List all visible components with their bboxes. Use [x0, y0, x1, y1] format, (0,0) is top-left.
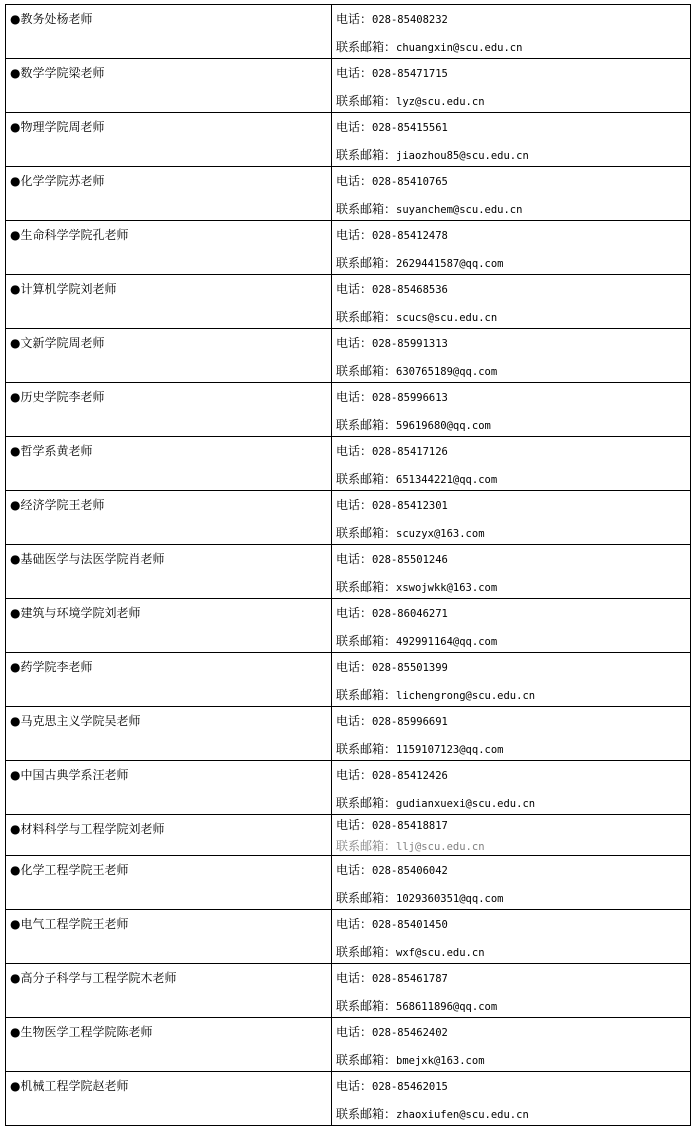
phone-number: 028-85461787 [372, 973, 448, 985]
email-address[interactable]: bmejxk@163.com [396, 1055, 485, 1067]
email-address[interactable]: suyanchem@scu.edu.cn [396, 204, 522, 216]
contact-name: 化学学院苏老师 [20, 174, 104, 188]
contact-name: 材料科学与工程学院刘老师 [20, 822, 164, 836]
bullet-icon: ● [10, 552, 20, 566]
contact-row: ●教务处杨老师 电话：028-85408232 联系邮箱：chuangxin@s… [6, 5, 691, 59]
contact-row: ●历史学院李老师 电话：028-85996613 联系邮箱：59619680@q… [6, 383, 691, 437]
email-line: 联系邮箱：2629441587@qq.com [332, 244, 690, 272]
phone-label: 电话： [336, 818, 372, 832]
department-contact-cell: ●中国古典学系汪老师 [6, 761, 332, 815]
contact-table-body: ●教务处杨老师 电话：028-85408232 联系邮箱：chuangxin@s… [6, 5, 691, 1126]
phone-label: 电话： [336, 606, 372, 620]
email-label: 联系邮箱： [336, 526, 396, 540]
phone-line: 电话：028-85996613 [332, 383, 690, 406]
department-contact-cell: ●药学院李老师 [6, 653, 332, 707]
bullet-icon: ● [10, 660, 20, 674]
phone-number: 028-85417126 [372, 446, 448, 458]
phone-line: 电话：028-85412301 [332, 491, 690, 514]
contact-info-cell: 电话：028-86046271 联系邮箱：492991164@qq.com [332, 599, 691, 653]
email-label: 联系邮箱： [336, 580, 396, 594]
contact-info-cell: 电话：028-85410765 联系邮箱：suyanchem@scu.edu.c… [332, 167, 691, 221]
department-contact-cell: ●高分子科学与工程学院木老师 [6, 964, 332, 1018]
contact-row: ●经济学院王老师 电话：028-85412301 联系邮箱：scuzyx@163… [6, 491, 691, 545]
contact-info-cell: 电话：028-85418817 联系邮箱：llj@scu.edu.cn [332, 815, 691, 856]
contact-info-cell: 电话：028-85468536 联系邮箱：scucs@scu.edu.cn [332, 275, 691, 329]
contact-info-cell: 电话：028-85462015 联系邮箱：zhaoxiufen@scu.edu.… [332, 1072, 691, 1126]
email-label: 联系邮箱： [336, 364, 396, 378]
contact-name: 数学学院梁老师 [20, 66, 104, 80]
phone-label: 电话： [336, 552, 372, 566]
contact-info-cell: 电话：028-85991313 联系邮箱：630765189@qq.com [332, 329, 691, 383]
email-line: 联系邮箱：59619680@qq.com [332, 406, 690, 434]
email-label: 联系邮箱： [336, 310, 396, 324]
email-address[interactable]: chuangxin@scu.edu.cn [396, 42, 522, 54]
contact-name: 基础医学与法医学院肖老师 [20, 552, 164, 566]
email-label: 联系邮箱： [336, 472, 396, 486]
email-line: 联系邮箱：gudianxuexi@scu.edu.cn [332, 784, 690, 812]
contact-name: 教务处杨老师 [20, 12, 92, 26]
phone-label: 电话： [336, 444, 372, 458]
phone-line: 电话：028-85401450 [332, 910, 690, 933]
email-label: 联系邮箱： [336, 1107, 396, 1121]
bullet-icon: ● [10, 174, 20, 188]
department-contact-cell: ●数学学院梁老师 [6, 59, 332, 113]
bullet-icon: ● [10, 12, 20, 26]
contact-name: 生物医学工程学院陈老师 [20, 1025, 152, 1039]
phone-line: 电话：028-85991313 [332, 329, 690, 352]
contact-info-cell: 电话：028-85408232 联系邮箱：chuangxin@scu.edu.c… [332, 5, 691, 59]
contact-info-cell: 电话：028-85417126 联系邮箱：651344221@qq.com [332, 437, 691, 491]
department-contact-cell: ●电气工程学院王老师 [6, 910, 332, 964]
email-label: 联系邮箱： [336, 418, 396, 432]
phone-number: 028-85401450 [372, 919, 448, 931]
email-line: 联系邮箱：bmejxk@163.com [332, 1041, 690, 1069]
email-label: 联系邮箱： [336, 94, 396, 108]
phone-line: 电话：028-86046271 [332, 599, 690, 622]
phone-line: 电话：028-85471715 [332, 59, 690, 82]
bullet-icon: ● [10, 66, 20, 80]
email-line: 联系邮箱：chuangxin@scu.edu.cn [332, 28, 690, 56]
phone-label: 电话： [336, 768, 372, 782]
contact-name: 电气工程学院王老师 [20, 917, 128, 931]
department-contact-cell: ●文新学院周老师 [6, 329, 332, 383]
email-label: 联系邮箱： [336, 634, 396, 648]
phone-label: 电话： [336, 282, 372, 296]
phone-number: 028-85410765 [372, 176, 448, 188]
phone-label: 电话： [336, 120, 372, 134]
phone-label: 电话： [336, 660, 372, 674]
email-line: 联系邮箱：lyz@scu.edu.cn [332, 82, 690, 110]
contact-row: ●数学学院梁老师 电话：028-85471715 联系邮箱：lyz@scu.ed… [6, 59, 691, 113]
phone-line: 电话：028-85415561 [332, 113, 690, 136]
phone-line: 电话：028-85461787 [332, 964, 690, 987]
phone-line: 电话：028-85501246 [332, 545, 690, 568]
contact-row: ●机械工程学院赵老师 电话：028-85462015 联系邮箱：zhaoxiuf… [6, 1072, 691, 1126]
phone-label: 电话： [336, 12, 372, 26]
email-address[interactable]: 630765189@qq.com [396, 366, 497, 378]
bullet-icon: ● [10, 282, 20, 296]
contact-table: ●教务处杨老师 电话：028-85408232 联系邮箱：chuangxin@s… [5, 4, 691, 1126]
phone-label: 电话： [336, 917, 372, 931]
phone-number: 028-85412426 [372, 770, 448, 782]
department-contact-cell: ●计算机学院刘老师 [6, 275, 332, 329]
contact-row: ●建筑与环境学院刘老师 电话：028-86046271 联系邮箱：4929911… [6, 599, 691, 653]
contact-row: ●哲学系黄老师 电话：028-85417126 联系邮箱：651344221@q… [6, 437, 691, 491]
contact-row: ●中国古典学系汪老师 电话：028-85412426 联系邮箱：gudianxu… [6, 761, 691, 815]
phone-label: 电话： [336, 174, 372, 188]
phone-line: 电话：028-85406042 [332, 856, 690, 879]
email-address[interactable]: llj@scu.edu.cn [396, 841, 485, 853]
email-label: 联系邮箱： [336, 40, 396, 54]
email-address[interactable]: lyz@scu.edu.cn [396, 96, 485, 108]
contact-row: ●物理学院周老师 电话：028-85415561 联系邮箱：jiaozhou85… [6, 113, 691, 167]
phone-line: 电话：028-85418817 [332, 815, 690, 834]
bullet-icon: ● [10, 120, 20, 134]
email-address[interactable]: zhaoxiufen@scu.edu.cn [396, 1109, 529, 1121]
contact-row: ●材料科学与工程学院刘老师 电话：028-85418817 联系邮箱：llj@s… [6, 815, 691, 856]
bullet-icon: ● [10, 971, 20, 985]
contact-name: 物理学院周老师 [20, 120, 104, 134]
department-contact-cell: ●基础医学与法医学院肖老师 [6, 545, 332, 599]
contact-row: ●生物医学工程学院陈老师 电话：028-85462402 联系邮箱：bmejxk… [6, 1018, 691, 1072]
email-line: 联系邮箱：1029360351@qq.com [332, 879, 690, 907]
contact-name: 计算机学院刘老师 [20, 282, 116, 296]
phone-number: 028-85996691 [372, 716, 448, 728]
email-line: 联系邮箱：1159107123@qq.com [332, 730, 690, 758]
contact-row: ●高分子科学与工程学院木老师 电话：028-85461787 联系邮箱：5686… [6, 964, 691, 1018]
email-line: 联系邮箱：zhaoxiufen@scu.edu.cn [332, 1095, 690, 1123]
email-address[interactable]: 59619680@qq.com [396, 420, 491, 432]
contact-info-cell: 电话：028-85501246 联系邮箱：xswojwkk@163.com [332, 545, 691, 599]
bullet-icon: ● [10, 822, 20, 836]
phone-label: 电话： [336, 1079, 372, 1093]
phone-number: 028-85468536 [372, 284, 448, 296]
contact-name: 经济学院王老师 [20, 498, 104, 512]
contact-info-cell: 电话：028-85471715 联系邮箱：lyz@scu.edu.cn [332, 59, 691, 113]
bullet-icon: ● [10, 1025, 20, 1039]
contact-info-cell: 电话：028-85996691 联系邮箱：1159107123@qq.com [332, 707, 691, 761]
contact-row: ●基础医学与法医学院肖老师 电话：028-85501246 联系邮箱：xswoj… [6, 545, 691, 599]
contact-info-cell: 电话：028-85462402 联系邮箱：bmejxk@163.com [332, 1018, 691, 1072]
phone-label: 电话： [336, 66, 372, 80]
contact-name: 中国古典学系汪老师 [20, 768, 128, 782]
phone-number: 028-85462015 [372, 1081, 448, 1093]
department-contact-cell: ●经济学院王老师 [6, 491, 332, 545]
email-label: 联系邮箱： [336, 1053, 396, 1067]
email-address[interactable]: scuzyx@163.com [396, 528, 485, 540]
email-line: 联系邮箱：jiaozhou85@scu.edu.cn [332, 136, 690, 164]
contact-info-cell: 电话：028-85415561 联系邮箱：jiaozhou85@scu.edu.… [332, 113, 691, 167]
bullet-icon: ● [10, 714, 20, 728]
email-line: 联系邮箱：568611896@qq.com [332, 987, 690, 1015]
phone-line: 电话：028-85410765 [332, 167, 690, 190]
phone-number: 028-85418817 [372, 820, 448, 832]
email-line: 联系邮箱：xswojwkk@163.com [332, 568, 690, 596]
phone-line: 电话：028-85412478 [332, 221, 690, 244]
contact-info-cell: 电话：028-85996613 联系邮箱：59619680@qq.com [332, 383, 691, 437]
email-address[interactable]: wxf@scu.edu.cn [396, 947, 485, 959]
phone-number: 028-85991313 [372, 338, 448, 350]
phone-label: 电话： [336, 1025, 372, 1039]
email-line: 联系邮箱：llj@scu.edu.cn [332, 834, 690, 855]
phone-number: 028-85471715 [372, 68, 448, 80]
department-contact-cell: ●历史学院李老师 [6, 383, 332, 437]
bullet-icon: ● [10, 863, 20, 877]
email-address[interactable]: gudianxuexi@scu.edu.cn [396, 798, 535, 810]
email-label: 联系邮箱： [336, 256, 396, 270]
phone-number: 028-85501399 [372, 662, 448, 674]
contact-info-cell: 电话：028-85401450 联系邮箱：wxf@scu.edu.cn [332, 910, 691, 964]
phone-line: 电话：028-85412426 [332, 761, 690, 784]
contact-info-cell: 电话：028-85412478 联系邮箱：2629441587@qq.com [332, 221, 691, 275]
contact-info-cell: 电话：028-85501399 联系邮箱：lichengrong@scu.edu… [332, 653, 691, 707]
phone-number: 028-85415561 [372, 122, 448, 134]
email-address[interactable]: 568611896@qq.com [396, 1001, 497, 1013]
email-address[interactable]: 1159107123@qq.com [396, 744, 503, 756]
phone-number: 028-85412301 [372, 500, 448, 512]
email-line: 联系邮箱：492991164@qq.com [332, 622, 690, 650]
contact-info-cell: 电话：028-85461787 联系邮箱：568611896@qq.com [332, 964, 691, 1018]
email-address[interactable]: scucs@scu.edu.cn [396, 312, 497, 324]
email-address[interactable]: lichengrong@scu.edu.cn [396, 690, 535, 702]
contact-name: 高分子科学与工程学院木老师 [20, 971, 176, 985]
contact-row: ●化学学院苏老师 电话：028-85410765 联系邮箱：suyanchem@… [6, 167, 691, 221]
contact-info-cell: 电话：028-85406042 联系邮箱：1029360351@qq.com [332, 856, 691, 910]
bullet-icon: ● [10, 917, 20, 931]
phone-label: 电话： [336, 228, 372, 242]
contact-row: ●马克思主义学院吴老师 电话：028-85996691 联系邮箱：1159107… [6, 707, 691, 761]
bullet-icon: ● [10, 768, 20, 782]
department-contact-cell: ●化学工程学院王老师 [6, 856, 332, 910]
contact-info-cell: 电话：028-85412426 联系邮箱：gudianxuexi@scu.edu… [332, 761, 691, 815]
department-contact-cell: ●化学学院苏老师 [6, 167, 332, 221]
department-contact-cell: ●材料科学与工程学院刘老师 [6, 815, 332, 856]
email-label: 联系邮箱： [336, 202, 396, 216]
contact-name: 历史学院李老师 [20, 390, 104, 404]
department-contact-cell: ●物理学院周老师 [6, 113, 332, 167]
department-contact-cell: ●教务处杨老师 [6, 5, 332, 59]
email-address[interactable]: jiaozhou85@scu.edu.cn [396, 150, 529, 162]
contact-row: ●化学工程学院王老师 电话：028-85406042 联系邮箱：10293603… [6, 856, 691, 910]
phone-label: 电话： [336, 863, 372, 877]
contact-name: 机械工程学院赵老师 [20, 1079, 128, 1093]
contact-row: ●生命科学学院孔老师 电话：028-85412478 联系邮箱：26294415… [6, 221, 691, 275]
email-label: 联系邮箱： [336, 839, 396, 853]
email-address[interactable]: xswojwkk@163.com [396, 582, 497, 594]
phone-label: 电话： [336, 714, 372, 728]
contact-row: ●计算机学院刘老师 电话：028-85468536 联系邮箱：scucs@scu… [6, 275, 691, 329]
department-contact-cell: ●生物医学工程学院陈老师 [6, 1018, 332, 1072]
phone-label: 电话： [336, 336, 372, 350]
contact-name: 化学工程学院王老师 [20, 863, 128, 877]
bullet-icon: ● [10, 228, 20, 242]
phone-number: 028-86046271 [372, 608, 448, 620]
email-line: 联系邮箱：suyanchem@scu.edu.cn [332, 190, 690, 218]
contact-name: 药学院李老师 [20, 660, 92, 674]
email-label: 联系邮箱： [336, 742, 396, 756]
department-contact-cell: ●建筑与环境学院刘老师 [6, 599, 332, 653]
email-line: 联系邮箱：651344221@qq.com [332, 460, 690, 488]
phone-line: 电话：028-85468536 [332, 275, 690, 298]
contact-name: 马克思主义学院吴老师 [20, 714, 140, 728]
bullet-icon: ● [10, 336, 20, 350]
contact-row: ●药学院李老师 电话：028-85501399 联系邮箱：lichengrong… [6, 653, 691, 707]
email-label: 联系邮箱： [336, 688, 396, 702]
bullet-icon: ● [10, 606, 20, 620]
department-contact-cell: ●马克思主义学院吴老师 [6, 707, 332, 761]
email-line: 联系邮箱：lichengrong@scu.edu.cn [332, 676, 690, 704]
contact-row: ●电气工程学院王老师 电话：028-85401450 联系邮箱：wxf@scu.… [6, 910, 691, 964]
email-label: 联系邮箱： [336, 148, 396, 162]
email-label: 联系邮箱： [336, 796, 396, 810]
email-address[interactable]: 651344221@qq.com [396, 474, 497, 486]
department-contact-cell: ●生命科学学院孔老师 [6, 221, 332, 275]
phone-line: 电话：028-85462015 [332, 1072, 690, 1095]
contact-info-cell: 电话：028-85412301 联系邮箱：scuzyx@163.com [332, 491, 691, 545]
bullet-icon: ● [10, 390, 20, 404]
phone-number: 028-85501246 [372, 554, 448, 566]
phone-label: 电话： [336, 390, 372, 404]
email-label: 联系邮箱： [336, 891, 396, 905]
phone-label: 电话： [336, 498, 372, 512]
email-address[interactable]: 1029360351@qq.com [396, 893, 503, 905]
phone-line: 电话：028-85501399 [332, 653, 690, 676]
email-line: 联系邮箱：wxf@scu.edu.cn [332, 933, 690, 961]
phone-number: 028-85406042 [372, 865, 448, 877]
contact-name: 建筑与环境学院刘老师 [20, 606, 140, 620]
department-contact-cell: ●哲学系黄老师 [6, 437, 332, 491]
email-line: 联系邮箱：scucs@scu.edu.cn [332, 298, 690, 326]
bullet-icon: ● [10, 498, 20, 512]
bullet-icon: ● [10, 1079, 20, 1093]
phone-number: 028-85996613 [372, 392, 448, 404]
bullet-icon: ● [10, 444, 20, 458]
email-label: 联系邮箱： [336, 945, 396, 959]
phone-line: 电话：028-85462402 [332, 1018, 690, 1041]
phone-line: 电话：028-85408232 [332, 5, 690, 28]
email-line: 联系邮箱：scuzyx@163.com [332, 514, 690, 542]
phone-number: 028-85408232 [372, 14, 448, 26]
contact-name: 生命科学学院孔老师 [20, 228, 128, 242]
email-label: 联系邮箱： [336, 999, 396, 1013]
contact-row: ●文新学院周老师 电话：028-85991313 联系邮箱：630765189@… [6, 329, 691, 383]
email-address[interactable]: 2629441587@qq.com [396, 258, 503, 270]
department-contact-cell: ●机械工程学院赵老师 [6, 1072, 332, 1126]
phone-line: 电话：028-85417126 [332, 437, 690, 460]
email-line: 联系邮箱：630765189@qq.com [332, 352, 690, 380]
phone-number: 028-85412478 [372, 230, 448, 242]
phone-line: 电话：028-85996691 [332, 707, 690, 730]
contact-name: 哲学系黄老师 [20, 444, 92, 458]
phone-label: 电话： [336, 971, 372, 985]
phone-number: 028-85462402 [372, 1027, 448, 1039]
email-address[interactable]: 492991164@qq.com [396, 636, 497, 648]
contact-name: 文新学院周老师 [20, 336, 104, 350]
